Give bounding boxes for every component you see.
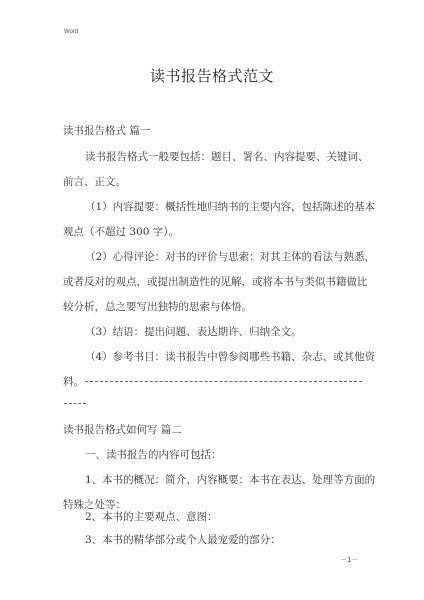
section2-heading: 读书报告格式如何写 篇二 (63, 423, 363, 437)
page-number: －1－ (340, 555, 358, 565)
section1-item4-line1: （4）参考书目：读书报告中曾参阅哪些书籍、杂志、或其他资 (85, 350, 385, 364)
section1-item2-line3: 较分析，总之要写出独特的思索与体悟。 (63, 300, 363, 314)
section1-intro-line1: 读书报告格式一般要包括：题目、署名、内容提要、关键词、 (85, 150, 385, 164)
section1-item2-line2: 或者反对的观点，或提出制造性的见解，或将本书与类似书籍做比 (63, 275, 363, 289)
section1-item3-line1: （3）结语：提出问题、表达期许、归纳全文。 (85, 325, 385, 339)
section2-subheading: 一、读书报告的内容可包括： (85, 448, 385, 462)
section2-item3-line1: 3、本书的精华部分或个人最宠爱的部分： (85, 533, 385, 547)
document-header-label: Word (64, 29, 78, 35)
section1-item1-line1: （1）内容提要：概括性地归纳书的主要内容，包括陈述的基本 (85, 200, 385, 214)
section-separator-dashes (85, 381, 362, 382)
section2-item1-line1: 1、本书的概况：简介、内容概要：本书在表达、处理等方面的 (85, 473, 385, 487)
section-separator-dashes-wrap (64, 403, 86, 404)
section1-item4-line2: 料。 (63, 375, 363, 389)
section1-item1-line2: 观点（不超过 300 字）。 (63, 225, 363, 239)
section1-heading: 读书报告格式 篇一 (63, 124, 363, 138)
document-title: 读书报告格式范文 (0, 65, 424, 86)
section1-intro-line2: 前言、正文。 (63, 175, 363, 189)
section2-item2-line1: 2、本书的主要观点、意图： (85, 510, 385, 524)
section1-item2-line1: （2）心得评论：对书的评价与思索：对其主体的看法与熟悉， (85, 250, 385, 264)
